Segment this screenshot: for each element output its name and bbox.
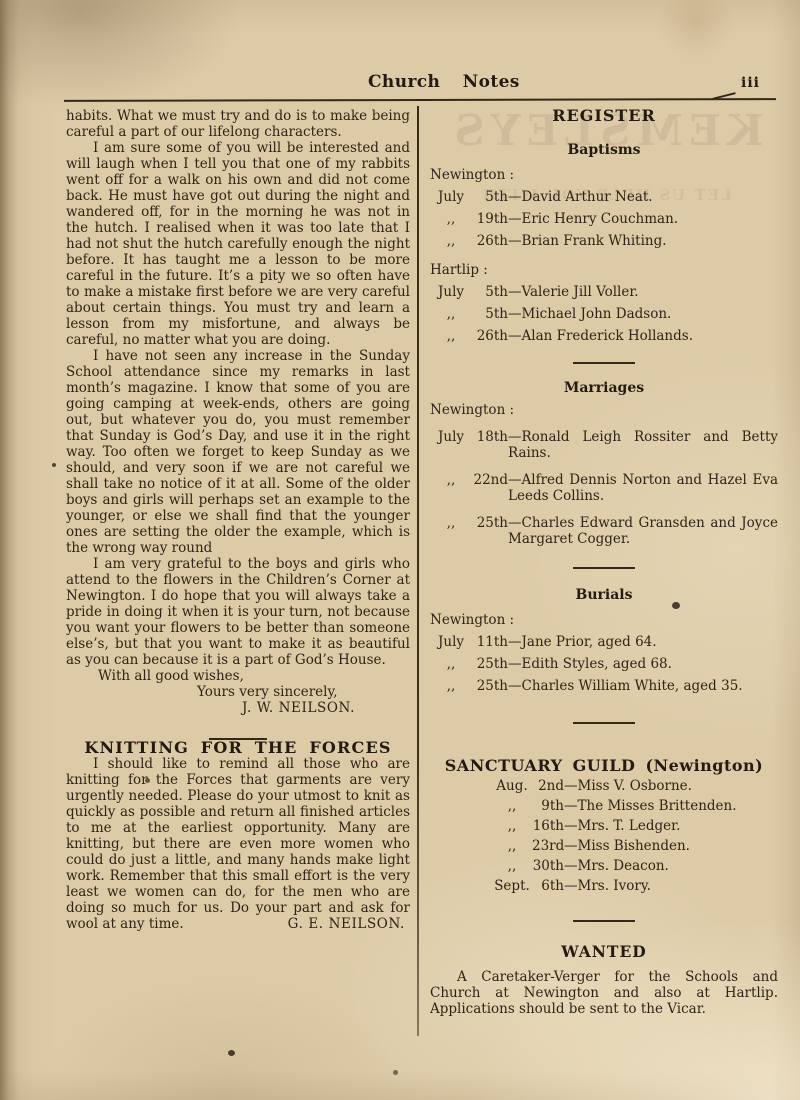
baptisms-heading: Baptisms [430, 142, 778, 158]
ink-speck [393, 1070, 398, 1075]
paragraph-sunday-school: I have not seen any increase in the Sund… [66, 348, 410, 556]
place-label-newington: Newington : [430, 402, 778, 418]
guild-row: ,, 23rd —Miss Bishenden. [492, 838, 778, 854]
row-text: —Valerie Jill Voller. [508, 284, 778, 300]
row-day: 5th [472, 284, 508, 300]
row-day: 11th [472, 634, 508, 650]
marriage-row: ,, 22nd —Alfred Dennis Norton and Hazel … [430, 472, 778, 504]
row-month: ,, [492, 858, 532, 874]
row-day: 25th [472, 656, 508, 672]
row-day: 26th [472, 233, 508, 249]
place-label-newington: Newington : [430, 612, 778, 628]
wanted-body: A Caretaker-Verger for the Schools and C… [430, 969, 778, 1017]
right-column: REGISTER Baptisms Newington : July 5th —… [430, 108, 778, 1017]
baptism-row: ,, 5th —Michael John Dadson. [430, 306, 778, 322]
place-label-hartlip: Hartlip : [430, 262, 778, 278]
sanctuary-guild-list: Aug. 2nd —Miss V. Osborne. ,, 9th —The M… [492, 778, 778, 894]
register-heading: REGISTER [430, 108, 778, 124]
baptism-row: July 5th —David Arthur Neat. [430, 189, 778, 205]
row-day: 6th [532, 878, 564, 894]
section-divider [573, 567, 635, 569]
row-day: 16th [532, 818, 564, 834]
marriages-heading: Marriages [430, 380, 778, 396]
header-rule [64, 98, 776, 102]
row-day: 25th [472, 678, 508, 694]
paragraph-rabbit: I am sure some of you will be interested… [66, 140, 410, 348]
guild-row: ,, 16th —Mrs. T. Ledger. [492, 818, 778, 834]
row-month: July [430, 429, 472, 461]
row-day: 18th [472, 429, 508, 461]
row-day: 19th [472, 211, 508, 227]
row-text: —Mrs. T. Ledger. [564, 818, 778, 834]
paragraph-continued: habits. What we must try and do is to ma… [66, 108, 410, 140]
row-day: 22nd [472, 472, 508, 504]
column-divider-rule [417, 106, 419, 1036]
section-divider [573, 362, 635, 364]
row-month: ,, [430, 472, 472, 504]
row-month: July [430, 189, 472, 205]
row-text: —The Misses Brittenden. [564, 798, 778, 814]
row-text: —Miss Bishenden. [564, 838, 778, 854]
baptism-row: ,, 19th —Eric Henry Couchman. [430, 211, 778, 227]
row-month: ,, [492, 798, 532, 814]
closing-valediction: Yours very sincerely, [66, 684, 410, 700]
knitting-text: I should like to remind all those who ar… [66, 756, 410, 932]
row-month: ,, [430, 233, 472, 249]
burial-row: ,, 25th —Charles William White, aged 35. [430, 678, 778, 694]
row-month: Sept. [492, 878, 532, 894]
baptism-row: ,, 26th —Alan Frederick Hollands. [430, 328, 778, 344]
left-column: habits. What we must try and do is to ma… [66, 108, 410, 932]
guild-row: ,, 30th —Mrs. Deacon. [492, 858, 778, 874]
row-text: —Charles Edward Gransden and Joyce Marga… [508, 515, 778, 547]
row-text: —Edith Styles, aged 68. [508, 656, 778, 672]
page-number: iii [741, 75, 760, 91]
row-month: July [430, 634, 472, 650]
row-text: —David Arthur Neat. [508, 189, 778, 205]
knitting-heading: KNITTING FOR THE FORCES [66, 740, 410, 756]
signature-ge-neilson: G. E. NEILSON. [288, 916, 405, 932]
row-text: —Mrs. Deacon. [564, 858, 778, 874]
burial-row: July 11th —Jane Prior, aged 64. [430, 634, 778, 650]
row-day: 23rd [532, 838, 564, 854]
row-text: —Jane Prior, aged 64. [508, 634, 778, 650]
ink-speck [228, 1050, 235, 1056]
guild-row: Aug. 2nd —Miss V. Osborne. [492, 778, 778, 794]
signature-jw-neilson: J. W. NEILSON. [66, 700, 410, 716]
row-month: ,, [430, 678, 472, 694]
row-day: 9th [532, 798, 564, 814]
row-month: ,, [430, 306, 472, 322]
row-month: ,, [430, 328, 472, 344]
row-text: —Alfred Dennis Norton and Hazel Eva Leed… [508, 472, 778, 504]
row-day: 2nd [532, 778, 564, 794]
knitting-body: I should like to remind all those who ar… [66, 756, 410, 932]
row-text: —Alan Frederick Hollands. [508, 328, 778, 344]
page-title: Church Notes [368, 72, 520, 92]
row-text: —Miss V. Osborne. [564, 778, 778, 794]
marriage-row: July 18th —Ronald Leigh Rossiter and Bet… [430, 429, 778, 461]
row-month: ,, [430, 211, 472, 227]
burials-heading: Burials [430, 587, 778, 603]
row-day: 30th [532, 858, 564, 874]
section-divider [573, 722, 635, 724]
row-month: ,, [492, 818, 532, 834]
baptism-row: ,, 26th —Brian Frank Whiting. [430, 233, 778, 249]
row-month: ,, [430, 656, 472, 672]
row-text: —Mrs. Ivory. [564, 878, 778, 894]
row-month: ,, [430, 515, 472, 547]
burial-row: ,, 25th —Edith Styles, aged 68. [430, 656, 778, 672]
baptism-row: July 5th —Valerie Jill Voller. [430, 284, 778, 300]
row-month: Aug. [492, 778, 532, 794]
row-text: —Michael John Dadson. [508, 306, 778, 322]
wanted-heading: WANTED [430, 944, 778, 960]
row-day: 5th [472, 189, 508, 205]
row-month: ,, [492, 838, 532, 854]
ink-speck [672, 602, 680, 609]
row-text: —Brian Frank Whiting. [508, 233, 778, 249]
marriage-row: ,, 25th —Charles Edward Gransden and Joy… [430, 515, 778, 547]
row-day: 5th [472, 306, 508, 322]
row-day: 25th [472, 515, 508, 547]
paragraph-flowers: I am very grateful to the boys and girls… [66, 556, 410, 668]
place-label-newington: Newington : [430, 167, 778, 183]
row-month: July [430, 284, 472, 300]
row-day: 26th [472, 328, 508, 344]
magazine-page: KEMSLEYS LET US HELP YOU WITH Church Not… [0, 0, 800, 1100]
row-text: —Eric Henry Couchman. [508, 211, 778, 227]
row-text: —Charles William White, aged 35. [508, 678, 778, 694]
sanctuary-guild-heading: SANCTUARY GUILD (Newington) [430, 758, 778, 774]
guild-row: ,, 9th —The Misses Brittenden. [492, 798, 778, 814]
ink-speck [52, 463, 56, 467]
marriages-list: July 18th —Ronald Leigh Rossiter and Bet… [430, 429, 778, 547]
row-text: —Ronald Leigh Rossiter and Betty Rains. [508, 429, 778, 461]
ink-speck [145, 778, 150, 783]
guild-row: Sept. 6th —Mrs. Ivory. [492, 878, 778, 894]
section-divider [573, 920, 635, 922]
closing-wishes: With all good wishes, [66, 668, 410, 684]
